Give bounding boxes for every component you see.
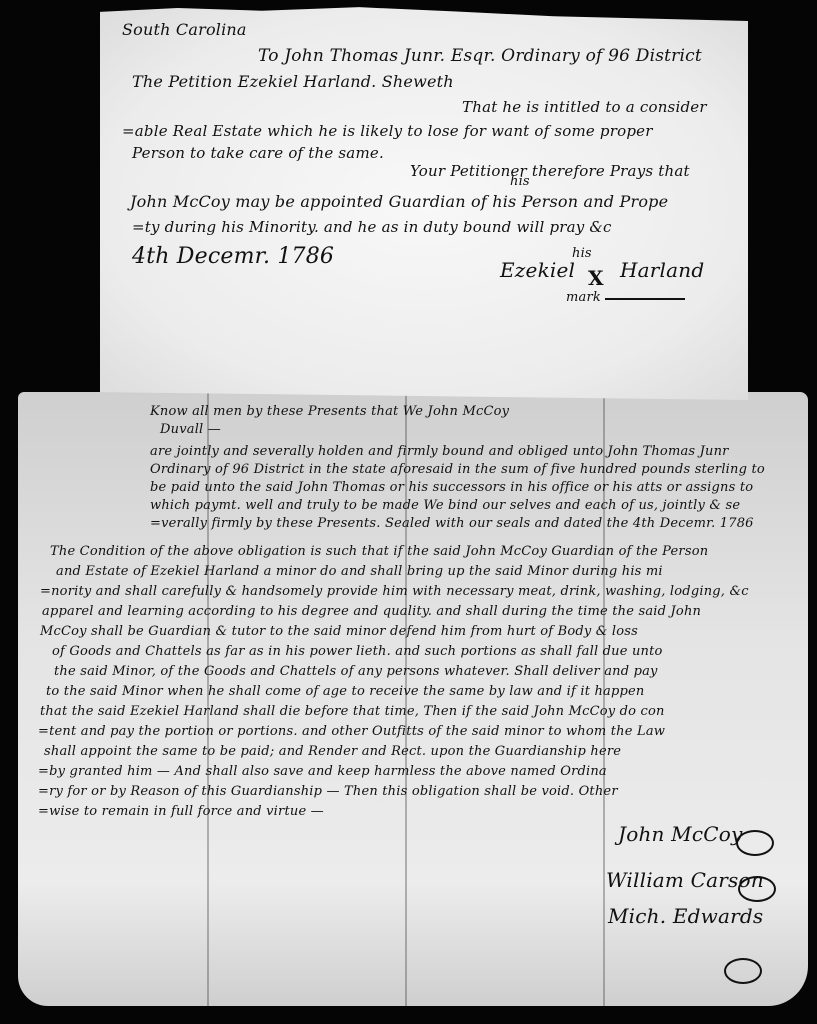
bond-line-3: are jointly and severally holden and fir… — [150, 444, 729, 459]
bond-line-7: =verally firmly by these Presents. Seale… — [150, 516, 754, 531]
bond-line-18: shall appoint the same to be paid; and R… — [44, 744, 621, 759]
seal-icon-2 — [738, 876, 776, 902]
bond-line-4: Ordinary of 96 District in the state afo… — [150, 462, 765, 477]
bond-line-13: of Goods and Chattels as far as in his p… — [52, 644, 663, 659]
bond-line-1: Know all men by these Presents that We J… — [150, 404, 509, 419]
bond-line-21: =wise to remain in full force and virtue… — [38, 804, 324, 819]
petition-line-4: Person to take care of the same. — [132, 144, 384, 162]
bond-line-19: =by granted him — And shall also save an… — [38, 764, 607, 779]
seal-icon-1 — [736, 830, 774, 856]
bond-line-17: =tent and pay the portion or portions. a… — [38, 724, 665, 739]
bond-line-5: be paid unto the said John Thomas or his… — [150, 480, 753, 495]
petition-line-5: Your Petitioner therefore Prays that — [410, 162, 690, 180]
bond-line-2: Duvall — — [160, 422, 221, 437]
signature-first-name: Ezekiel — [500, 258, 575, 282]
bond-line-8: The Condition of the above obligation is… — [50, 544, 708, 559]
addressee-line: To John Thomas Junr. Esqr. Ordinary of 9… — [258, 46, 702, 66]
signature-last-name: Harland — [620, 258, 704, 282]
petition-line-7: =ty during his Minority. and he as in du… — [132, 218, 612, 236]
bond-line-11: apparel and learning according to his de… — [42, 604, 701, 619]
bond-line-14: the said Minor, of the Goods and Chattel… — [54, 664, 658, 679]
bond-line-16: that the said Ezekiel Harland shall die … — [40, 704, 665, 719]
signature-rule — [605, 298, 685, 300]
bond-line-12: McCoy shall be Guardian & tutor to the s… — [40, 624, 638, 639]
petition-line-3: =able Real Estate which he is likely to … — [122, 122, 653, 140]
bond-page: Know all men by these Presents that We J… — [18, 392, 808, 1006]
bond-signature-1: John McCoy — [618, 822, 743, 846]
signature-mark-label: mark — [566, 290, 601, 305]
bond-line-6: which paymt. well and truly to be made W… — [150, 498, 740, 513]
bond-line-15: to the said Minor when he shall come of … — [46, 684, 645, 699]
petition-line-2: That he is intitled to a consider — [462, 98, 707, 116]
petition-line-6: John McCoy may be appointed Guardian of … — [130, 192, 668, 211]
petition-line-1: The Petition Ezekiel Harland. Sheweth — [132, 72, 454, 91]
state-heading: South Carolina — [122, 20, 247, 39]
bond-line-20: =ry for or by Reason of this Guardianshi… — [38, 784, 618, 799]
petition-page: South Carolina To John Thomas Junr. Esqr… — [100, 6, 748, 400]
seal-icon-3 — [724, 958, 762, 984]
bond-line-10: =nority and shall carefully & handsomely… — [40, 584, 749, 599]
petition-date: 4th Decemr. 1786 — [132, 244, 334, 269]
interlineation-his: his — [510, 174, 530, 189]
signature-his: his — [572, 246, 592, 261]
signature-mark-x: X — [588, 266, 604, 290]
bond-signature-3: Mich. Edwards — [608, 904, 763, 928]
bond-line-9: and Estate of Ezekiel Harland a minor do… — [56, 564, 663, 579]
